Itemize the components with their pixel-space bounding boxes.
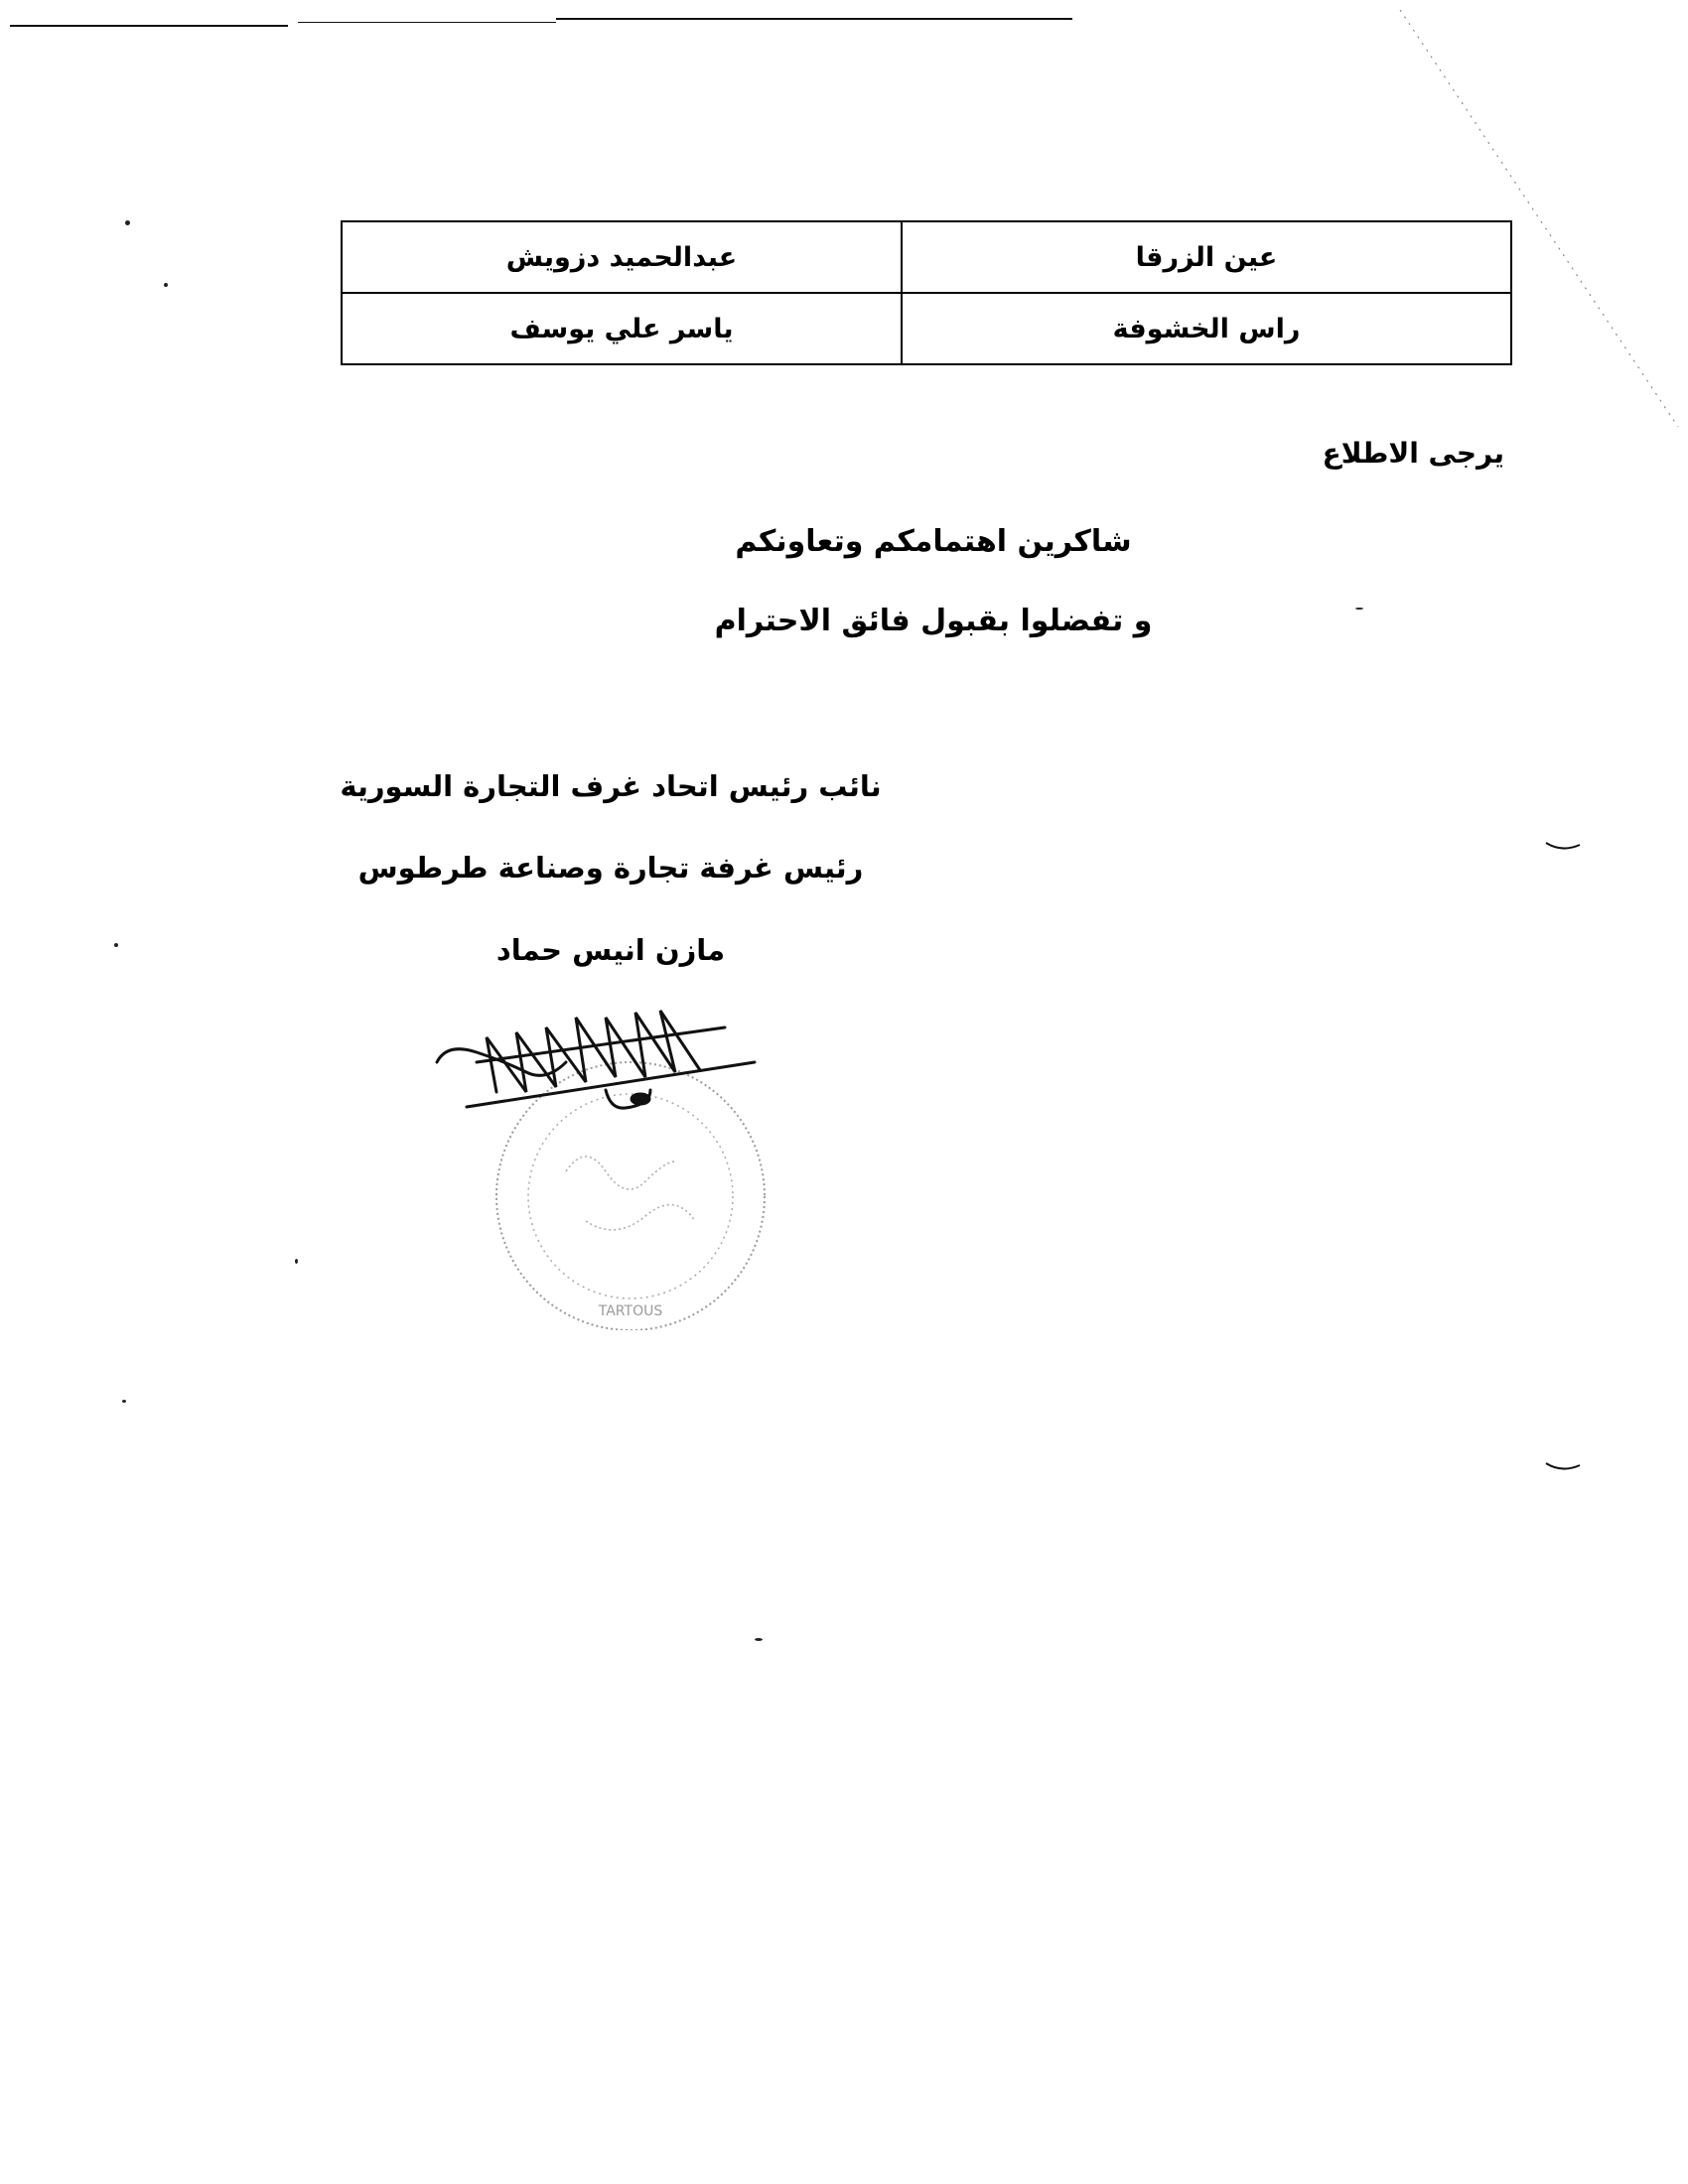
- scan-speck: [122, 1400, 126, 1403]
- table-cell-name: ياسر علي يوسف: [342, 293, 902, 364]
- signature-and-stamp: TARTOUS: [417, 983, 814, 1330]
- signatory-title-2: رئيس غرفة تجارة وصناعة طرطوس: [0, 851, 1221, 885]
- table-cell-place: راس الخشوفة: [902, 293, 1511, 364]
- scan-speck: [295, 1259, 298, 1264]
- table-row: راس الخشوفة ياسر علي يوسف: [342, 293, 1511, 364]
- signatory-title-1: نائب رئيس اتحاد غرف التجارة السورية: [0, 769, 1221, 803]
- scan-edge-line: [298, 22, 556, 23]
- scan-speck: [125, 220, 130, 225]
- svg-text:TARTOUS: TARTOUS: [598, 1303, 663, 1319]
- scan-mark: [1544, 839, 1584, 859]
- scan-mark: [1544, 1459, 1584, 1479]
- scan-speck: [755, 1638, 763, 1641]
- signatory-name: مازن انيس حماد: [0, 933, 1221, 967]
- closing-line-2: و تفضلوا بقبول فائق الاحترام: [0, 604, 1688, 638]
- signature-icon: [437, 1011, 755, 1108]
- scan-edge-line: [10, 25, 288, 27]
- table-row: عين الزرقا عبدالحميد دزويش: [342, 221, 1511, 293]
- scan-edge-line: [556, 18, 1072, 20]
- closing-line-1: شاكرين اهتمامكم وتعاونكم: [0, 524, 1688, 559]
- names-table: عين الزرقا عبدالحميد دزويش راس الخشوفة ي…: [341, 220, 1512, 365]
- table-cell-place: عين الزرقا: [902, 221, 1511, 293]
- table-cell-name: عبدالحميد دزويش: [342, 221, 902, 293]
- instruction-text: يرجى الاطلاع: [1323, 437, 1504, 470]
- scan-speck: [164, 283, 168, 287]
- stamp-icon: TARTOUS: [496, 1062, 765, 1330]
